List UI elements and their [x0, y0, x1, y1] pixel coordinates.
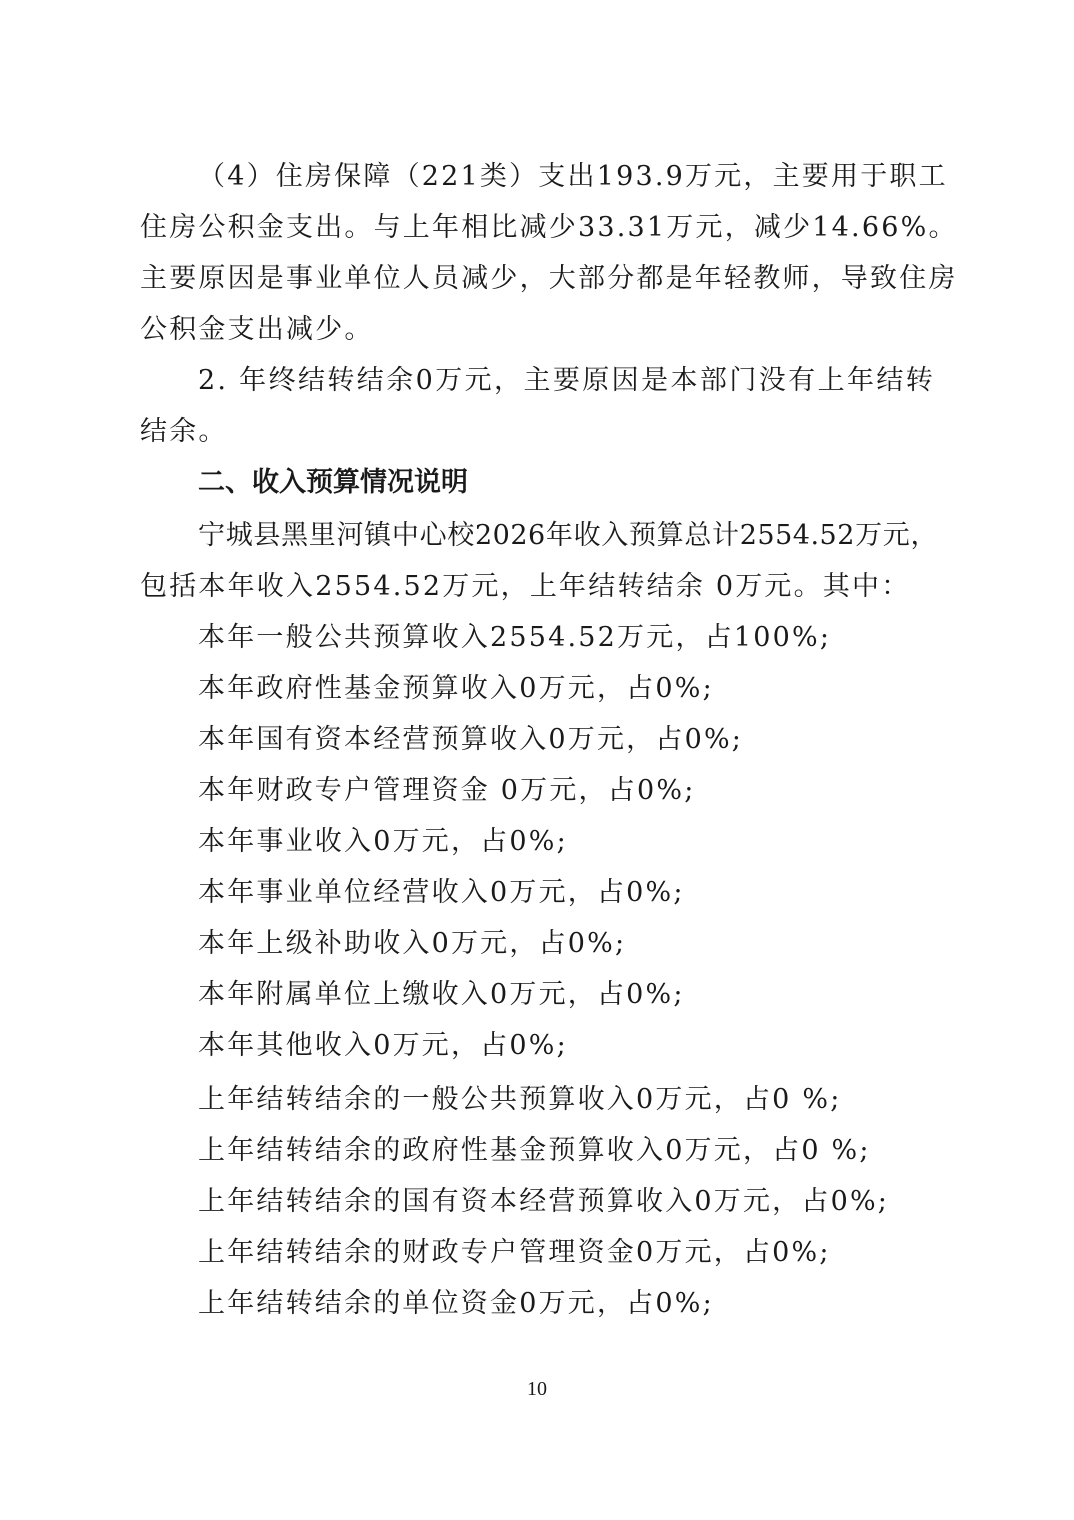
income-item: 本年其他收入0万元，占0%;	[198, 1026, 998, 1066]
page-number: 10	[0, 1377, 1074, 1401]
income-item: 上年结转结余的单位资金0万元，占0%;	[198, 1284, 998, 1324]
income-item: 上年结转结余的国有资本经营预算收入0万元，占0%;	[198, 1182, 998, 1222]
income-item: 本年事业单位经营收入0万元，占0%;	[198, 873, 998, 913]
paragraph-income-intro-line-2: 包括本年收入2554.52万元，上年结转结余 0万元。其中：	[140, 567, 940, 607]
income-item: 本年财政专户管理资金 0万元，占0%;	[198, 771, 998, 811]
paragraph-housing-line-1: （4）住房保障（221类）支出193.9万元，主要用于职工	[198, 157, 998, 197]
paragraph-housing-line-4: 公积金支出减少。	[140, 310, 940, 350]
income-item: 本年事业收入0万元，占0%;	[198, 822, 998, 862]
section-heading-income: 二、收入预算情况说明	[198, 463, 998, 503]
paragraph-housing-line-3: 主要原因是事业单位人员减少，大部分都是年轻教师，导致住房	[140, 259, 935, 299]
income-item: 上年结转结余的政府性基金预算收入0万元，占0 %;	[198, 1131, 998, 1171]
income-item: 上年结转结余的财政专户管理资金0万元，占0%;	[198, 1233, 998, 1273]
paragraph-income-intro-line-1: 宁城县黑里河镇中心校2026年收入预算总计2554.52万元，	[198, 516, 938, 556]
paragraph-housing-line-2: 住房公积金支出。与上年相比减少33.31万元，减少14.66%。	[140, 208, 935, 248]
income-item: 本年上级补助收入0万元，占0%;	[198, 924, 998, 964]
paragraph-carryover-line-1: 2. 年终结转结余0万元，主要原因是本部门没有上年结转	[198, 361, 935, 401]
income-item: 上年结转结余的一般公共预算收入0万元，占0 %;	[198, 1080, 998, 1120]
income-item: 本年国有资本经营预算收入0万元，占0%;	[198, 720, 998, 760]
document-page: （4）住房保障（221类）支出193.9万元，主要用于职工 住房公积金支出。与上…	[0, 0, 1074, 1520]
paragraph-carryover-line-2: 结余。	[140, 412, 940, 452]
income-item: 本年一般公共预算收入2554.52万元，占100%;	[198, 618, 998, 658]
income-item: 本年政府性基金预算收入0万元，占0%;	[198, 669, 998, 709]
income-item: 本年附属单位上缴收入0万元，占0%;	[198, 975, 998, 1015]
